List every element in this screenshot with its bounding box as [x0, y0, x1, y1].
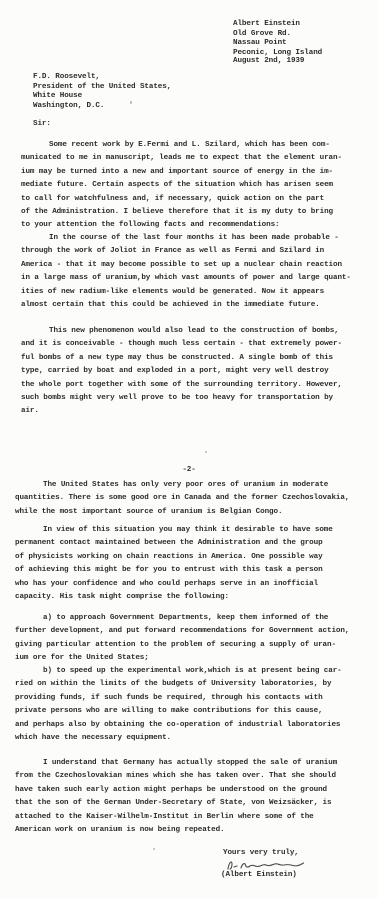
text-line: b) to speed up the experimental work,whi… — [15, 665, 342, 678]
text-line: who has your confidence and who could pe… — [15, 578, 333, 591]
text-line: through the work of Joliot in France as … — [21, 245, 351, 258]
sender-address: Albert EinsteinOld Grove Rd.Nassau Point… — [233, 20, 322, 58]
text-line: of the Administration. I believe therefo… — [21, 206, 342, 219]
text-line: In view of this situation you may think … — [15, 524, 333, 537]
text-line: This new phenomenon would also lead to t… — [21, 325, 342, 338]
paragraph-2: In the course of the last four months it… — [21, 232, 351, 312]
text-line: a) to approach Government Departments, k… — [15, 612, 349, 625]
text-line: such bombs might very well prove to be t… — [21, 392, 342, 405]
text-line: America - that it may become possible to… — [21, 259, 351, 272]
text-line: White House — [33, 92, 171, 102]
signature-name: (Albert Einstein) — [221, 871, 297, 879]
text-line: quantities. There is some good ore in Ca… — [15, 492, 349, 505]
text-line: ful bombs of a new type may thus be cons… — [21, 352, 342, 365]
paragraph-4: The United States has only very poor ore… — [15, 479, 349, 519]
scan-speck — [130, 101, 132, 104]
text-line: have taken such early action might perha… — [15, 784, 337, 797]
text-line: Nassau Point — [233, 39, 322, 49]
text-line: the whole port together with some of the… — [21, 379, 342, 392]
scan-speck — [153, 848, 155, 850]
text-line: in a large mass of uranium,by which vast… — [21, 272, 351, 285]
text-line: ium may be turned into a new and importa… — [21, 166, 342, 179]
text-line: Albert Einstein — [233, 20, 322, 30]
salutation: Sir: — [33, 120, 51, 128]
closing-line: Yours very truly, — [223, 849, 299, 857]
text-line: The United States has only very poor ore… — [15, 479, 349, 492]
text-line: American work on uranium is now being re… — [15, 824, 337, 837]
text-line: to call for watchfulness and, if necessa… — [21, 193, 342, 206]
text-line: to your attention the following facts an… — [21, 219, 342, 232]
text-line: providing funds, if such funds be requir… — [15, 692, 342, 705]
text-line: Some recent work by E.Fermi and L. Szila… — [21, 139, 342, 152]
text-line: almost certain that this could be achiev… — [21, 299, 351, 312]
text-line: and it is conceivable - though much less… — [21, 338, 342, 351]
paragraph-1: Some recent work by E.Fermi and L. Szila… — [21, 139, 342, 233]
recipient-address: F.D. Roosevelt,President of the United S… — [33, 73, 171, 111]
text-line: air. — [21, 405, 342, 418]
paragraph-3: This new phenomenon would also lead to t… — [21, 325, 342, 419]
text-line: while the most important source of urani… — [15, 506, 349, 519]
text-line: permanent contact maintained between the… — [15, 537, 333, 550]
text-line: President of the United States, — [33, 83, 171, 93]
text-line: In the course of the last four months it… — [21, 232, 351, 245]
scan-speck — [205, 451, 207, 453]
paragraph-6: I understand that Germany has actually s… — [15, 757, 337, 837]
text-line: of physicists working on chain reactions… — [15, 551, 333, 564]
text-line: from the Czechoslovakian mines which she… — [15, 770, 337, 783]
text-line: ried on within the limits of the budgets… — [15, 678, 342, 691]
text-line: Washington, D.C. — [33, 102, 171, 112]
text-line: F.D. Roosevelt, — [33, 73, 171, 83]
text-line: further development, and put forward rec… — [15, 625, 349, 638]
text-line: capacity. His task might comprise the fo… — [15, 591, 333, 604]
letter-page: Albert EinsteinOld Grove Rd.Nassau Point… — [0, 0, 378, 899]
text-line: ities of new radium-like elements would … — [21, 286, 351, 299]
text-line: which have the necessary equipment. — [15, 732, 342, 745]
text-line: private persons who are willing to make … — [15, 705, 342, 718]
text-line: mediate future. Certain aspects of the s… — [21, 179, 342, 192]
text-line: that the son of the German Under-Secreta… — [15, 797, 337, 810]
text-line: and perhaps also by obtaining the co-ope… — [15, 719, 342, 732]
paragraph-5: In view of this situation you may think … — [15, 524, 333, 604]
text-line: giving particular attention to the probl… — [15, 639, 349, 652]
page-number: -2- — [0, 466, 378, 474]
paragraph-list-item-a: a) to approach Government Departments, k… — [15, 612, 349, 666]
text-line: municated to me in manuscript, leads me … — [21, 152, 342, 165]
date-line: August 2nd, 1939 — [233, 57, 304, 65]
text-line: I understand that Germany has actually s… — [15, 757, 337, 770]
text-line: Old Grove Rd. — [233, 30, 322, 40]
text-line: ium ore for the United States; — [15, 652, 349, 665]
paragraph-list-item-b: b) to speed up the experimental work,whi… — [15, 665, 342, 745]
text-line: type, carried by boat and exploded in a … — [21, 365, 342, 378]
text-line: of achieving this might be for you to en… — [15, 564, 333, 577]
text-line: attached to the Kaiser-Wilhelm-Institut … — [15, 811, 337, 824]
